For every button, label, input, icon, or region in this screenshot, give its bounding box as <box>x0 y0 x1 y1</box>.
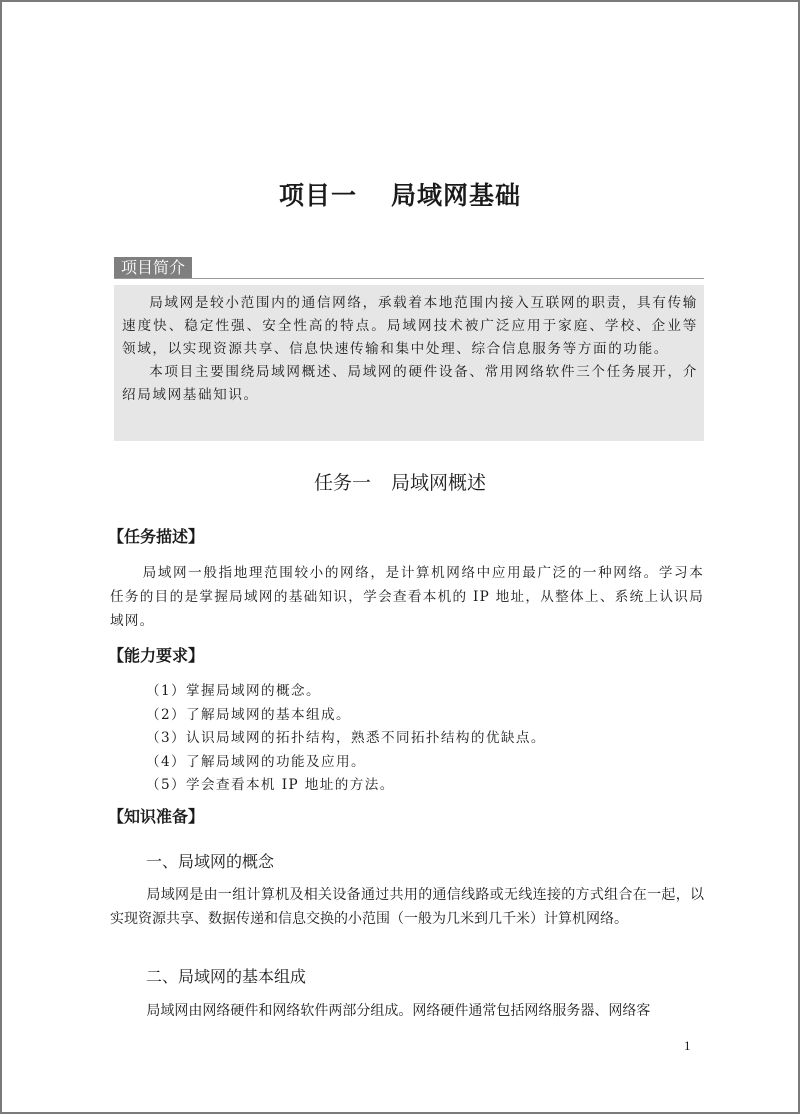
chapter-title-prefix: 项目一 <box>279 181 357 210</box>
knowledge-section-title: 二、局域网的基本组成 <box>146 964 306 987</box>
task-title-main: 局域网概述 <box>391 472 486 494</box>
intro-paragraph: 本项目主要围绕局域网概述、局域网的硬件设备、常用网络软件三个任务展开，介绍局域网… <box>122 361 698 407</box>
ability-item: （3）认识局域网的拓扑结构，熟悉不同拓扑结构的优缺点。 <box>146 727 546 751</box>
page-number: 1 <box>684 1038 691 1054</box>
knowledge-paragraph: 局域网是由一组计算机及相关设备通过共用的通信线路或无线连接的方式组合在一起，以实… <box>110 883 704 931</box>
task-description-text: 局域网一般指地理范围较小的网络，是计算机网络中应用最广泛的一种网络。学习本任务的… <box>110 561 704 633</box>
intro-text: 局域网是较小范围内的通信网络，承载着本地范围内接入互联网的职责，具有传输速度快、… <box>122 292 698 407</box>
intro-tab-label: 项目简介 <box>114 257 192 279</box>
chapter-title-main: 局域网基础 <box>391 181 521 210</box>
task-title-prefix: 任务一 <box>314 472 371 494</box>
ability-item: （1）掌握局域网的概念。 <box>146 680 546 704</box>
ability-item: （4）了解局域网的功能及应用。 <box>146 751 546 775</box>
knowledge-paragraph: 局域网由网络硬件和网络软件两部分组成。网络硬件通常包括网络服务器、网络客 <box>110 999 704 1023</box>
ability-item: （2）了解局域网的基本组成。 <box>146 704 546 728</box>
ability-heading: 【能力要求】 <box>108 643 204 666</box>
intro-paragraph: 局域网是较小范围内的通信网络，承载着本地范围内接入互联网的职责，具有传输速度快、… <box>122 292 698 361</box>
task-description-paragraph: 局域网一般指地理范围较小的网络，是计算机网络中应用最广泛的一种网络。学习本任务的… <box>110 561 704 633</box>
task-description-heading: 【任务描述】 <box>108 524 204 547</box>
knowledge-section-title: 一、局域网的概念 <box>146 849 274 872</box>
intro-divider <box>114 278 704 279</box>
chapter-title: 项目一局域网基础 <box>0 176 800 212</box>
page <box>0 0 800 1114</box>
ability-list: （1）掌握局域网的概念。 （2）了解局域网的基本组成。 （3）认识局域网的拓扑结… <box>146 680 546 798</box>
task-title: 任务一局域网概述 <box>0 468 800 495</box>
knowledge-section-text: 局域网是由一组计算机及相关设备通过共用的通信线路或无线连接的方式组合在一起，以实… <box>110 883 704 931</box>
knowledge-heading: 【知识准备】 <box>108 804 204 827</box>
knowledge-section-text: 局域网由网络硬件和网络软件两部分组成。网络硬件通常包括网络服务器、网络客 <box>110 999 704 1023</box>
ability-item: （5）学会查看本机 IP 地址的方法。 <box>146 774 546 798</box>
